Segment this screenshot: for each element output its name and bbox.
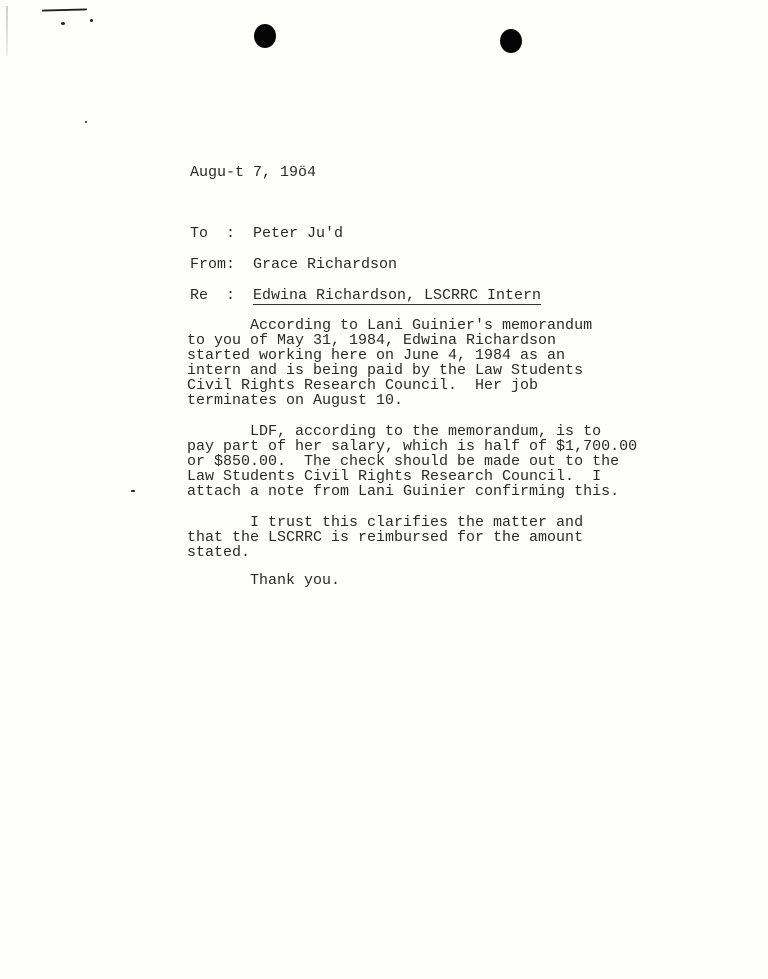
paragraph-line: started working here on June 4, 1984 as … bbox=[187, 348, 592, 363]
memo-date: Augu-t 7, 19ö4 bbox=[190, 165, 316, 180]
memo-page: Augu-t 7, 19ö4 To : Peter Ju'd From: Gra… bbox=[0, 0, 768, 979]
paragraph-line: intern and is being paid by the Law Stud… bbox=[187, 363, 592, 378]
paragraph-line: LDF, according to the memorandum, is to bbox=[187, 424, 637, 439]
paragraph-line: terminates on August 10. bbox=[187, 393, 592, 408]
paragraph-3: I trust this clarifies the matter andtha… bbox=[187, 515, 583, 560]
punch-hole-left bbox=[254, 24, 276, 48]
paragraph-line: Thank you. bbox=[187, 573, 340, 588]
paragraph-line: According to Lani Guinier's memorandum bbox=[187, 318, 592, 333]
paragraph-line: I trust this clarifies the matter and bbox=[187, 515, 583, 530]
corner-pen-mark bbox=[42, 8, 87, 11]
paragraph-line: that the LSCRRC is reimbursed for the am… bbox=[187, 530, 583, 545]
scan-edge-mark bbox=[6, 6, 8, 56]
speck-mark bbox=[85, 121, 87, 123]
paragraph-closing: Thank you. bbox=[187, 573, 340, 588]
paragraph-line: Law Students Civil Rights Research Counc… bbox=[187, 469, 637, 484]
punch-hole-right bbox=[500, 29, 522, 53]
to-value: Peter Ju'd bbox=[253, 226, 343, 241]
paragraph-1: According to Lani Guinier's memorandumto… bbox=[187, 318, 592, 408]
speck-mark bbox=[131, 490, 135, 492]
speck-mark bbox=[61, 22, 65, 25]
paragraph-line: pay part of her salary, which is half of… bbox=[187, 439, 637, 454]
re-label: Re : bbox=[190, 288, 235, 303]
speck-mark bbox=[90, 19, 93, 22]
from-label: From: bbox=[190, 257, 235, 272]
paragraph-line: to you of May 31, 1984, Edwina Richardso… bbox=[187, 333, 592, 348]
paragraph-line: attach a note from Lani Guinier confirmi… bbox=[187, 484, 637, 499]
paragraph-line: Civil Rights Research Council. Her job bbox=[187, 378, 592, 393]
to-label: To : bbox=[190, 226, 235, 241]
paragraph-2: LDF, according to the memorandum, is top… bbox=[187, 424, 637, 499]
re-subject: Edwina Richardson, LSCRRC Intern bbox=[253, 288, 541, 305]
paragraph-line: or $850.00. The check should be made out… bbox=[187, 454, 637, 469]
paragraph-line: stated. bbox=[187, 545, 583, 560]
from-value: Grace Richardson bbox=[253, 257, 397, 272]
